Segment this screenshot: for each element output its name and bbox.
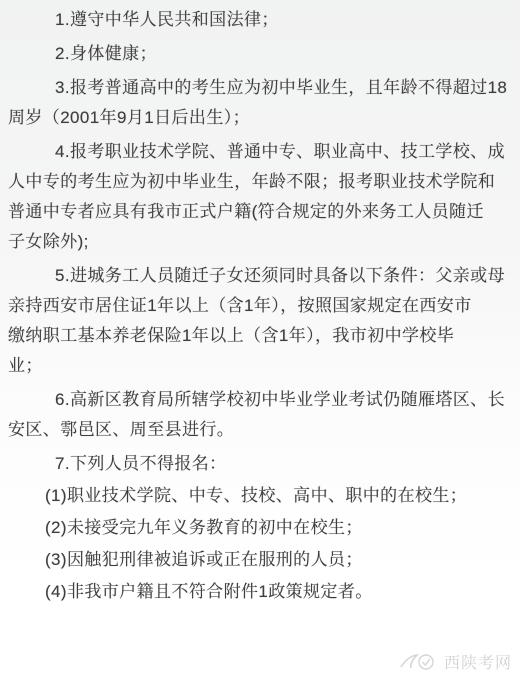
text-line: 亲持西安市居住证1年以上（含1年），按照国家规定在西安市 xyxy=(8,291,510,321)
text-line: 普通中专者应具有我市正式户籍(符合规定的外来务工人员随迁 xyxy=(8,197,510,227)
sub-item-paragraph: (2)未接受完九年义务教育的初中在校生； xyxy=(8,513,510,543)
text-line: 5.进城务工人员随迁子女还须同时具备以下条件：父亲或母 xyxy=(8,261,510,291)
text-line: 缴纳职工基本养老保险1年以上（含1年），我市初中学校毕 xyxy=(8,321,510,351)
text-line: (3)因触犯刑律被追诉或正在服刑的人员； xyxy=(8,545,510,575)
numbered-paragraph: 5.进城务工人员随迁子女还须同时具备以下条件：父亲或母亲持西安市居住证1年以上（… xyxy=(8,261,510,381)
numbered-paragraph: 3.报考普通高中的考生应为初中毕业生，且年龄不得超过18周岁（2001年9月1日… xyxy=(8,73,510,133)
text-line: 3.报考普通高中的考生应为初中毕业生，且年龄不得超过18 xyxy=(8,73,510,103)
text-line: 6.高新区教育局所辖学校初中毕业学业考试仍随雁塔区、长 xyxy=(8,385,510,415)
text-line: 4.报考职业技术学院、普通中专、职业高中、技工学校、成 xyxy=(8,137,510,167)
text-line: 安区、鄠邑区、周至县进行。 xyxy=(8,415,510,445)
text-line: 人中专的考生应为初中毕业生，年龄不限；报考职业技术学院和 xyxy=(8,167,510,197)
numbered-paragraph: 1.遵守中华人民共和国法律； xyxy=(8,5,510,35)
text-line: (1)职业技术学院、中专、技校、高中、职中的在校生； xyxy=(8,481,510,511)
text-line: 周岁（2001年9月1日后出生）； xyxy=(8,103,510,133)
numbered-paragraph: 2.身体健康； xyxy=(8,39,510,69)
text-line: (4)非我市户籍且不符合附件1政策规定者。 xyxy=(8,577,510,607)
numbered-paragraph: 6.高新区教育局所辖学校初中毕业学业考试仍随雁塔区、长安区、鄠邑区、周至县进行。 xyxy=(8,385,510,445)
sub-item-paragraph: (4)非我市户籍且不符合附件1政策规定者。 xyxy=(8,577,510,607)
watermark: 西陕考网 xyxy=(399,650,512,673)
watermark-text: 西陕考网 xyxy=(444,650,512,673)
numbered-paragraph: 4.报考职业技术学院、普通中专、职业高中、技工学校、成人中专的考生应为初中毕业生… xyxy=(8,137,510,257)
numbered-paragraph: 7.下列人员不得报名： xyxy=(8,449,510,479)
document-body: 1.遵守中华人民共和国法律；2.身体健康；3.报考普通高中的考生应为初中毕业生，… xyxy=(0,0,520,607)
text-line: 2.身体健康； xyxy=(8,39,510,69)
text-line: (2)未接受完九年义务教育的初中在校生； xyxy=(8,513,510,543)
text-line: 7.下列人员不得报名： xyxy=(8,449,510,479)
text-line: 子女除外); xyxy=(8,227,510,257)
sub-item-paragraph: (3)因触犯刑律被追诉或正在服刑的人员； xyxy=(8,545,510,575)
watermark-logo-icon xyxy=(399,652,441,672)
text-line: 业； xyxy=(8,351,510,381)
text-line: 1.遵守中华人民共和国法律； xyxy=(8,5,510,35)
sub-item-paragraph: (1)职业技术学院、中专、技校、高中、职中的在校生； xyxy=(8,481,510,511)
